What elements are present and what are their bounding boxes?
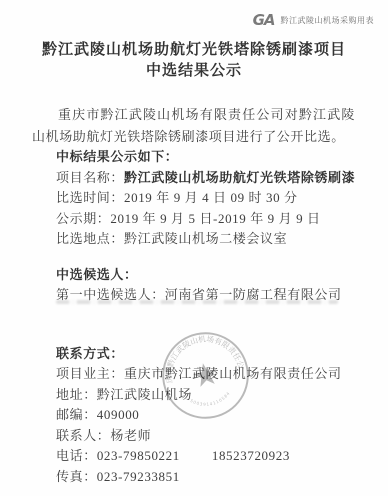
project-owner-line: 项目业主：重庆市黔江武陵山机场有限责任公司 <box>32 364 355 385</box>
fax-line: 传真：023-79233851 <box>32 467 355 488</box>
phone-number-2: 18523720923 <box>212 448 290 463</box>
project-name-value: 黔江武陵山机场助航灯光铁塔除锈刷漆 <box>124 170 355 185</box>
result-heading: 中标结果公示如下： <box>32 147 355 168</box>
notice-title-line2: 中选结果公示 <box>0 61 388 82</box>
candidates-heading: 中选候选人： <box>32 265 355 286</box>
project-name-label: 项目名称： <box>56 170 124 185</box>
form-header: GA 黔江武陵山机场采购用表 <box>253 13 374 28</box>
address-line: 地址：黔江武陵山机场 <box>32 385 355 406</box>
postcode-line: 邮编：409000 <box>32 405 355 426</box>
notice-body: 重庆市黔江武陵山机场有限责任公司对黔江武陵山机场助航灯光铁塔除锈刷漆项目进行了公… <box>0 104 388 487</box>
selection-location-line: 比选地点：黔江武陵山机场二楼会议室 <box>32 229 355 250</box>
ga-logo-icon: GA <box>253 13 275 28</box>
contact-person-line: 联系人：杨老师 <box>32 426 355 447</box>
phone-number-1: 023-79850221 <box>97 448 180 463</box>
notice-title-line1: 黔江武陵山机场助航灯光铁塔除锈刷漆项目 <box>0 40 388 61</box>
phone-label: 电话： <box>56 448 97 463</box>
project-name-line: 项目名称：黔江武陵山机场助航灯光铁塔除锈刷漆 <box>32 168 355 189</box>
scan-artifact <box>56 300 338 304</box>
document-page: GA 黔江武陵山机场采购用表 黔江武陵山机场助航灯光铁塔除锈刷漆项目 中选结果公… <box>0 0 388 496</box>
publicity-period-line: 公示期：2019 年 9 月 5 日-2019 年 9 月 9 日 <box>32 209 355 230</box>
form-header-label: 黔江武陵山机场采购用表 <box>281 15 375 26</box>
intro-paragraph: 重庆市黔江武陵山机场有限责任公司对黔江武陵山机场助航灯光铁塔除锈刷漆项目进行了公… <box>32 104 355 147</box>
contact-heading: 联系方式： <box>32 344 355 365</box>
selection-time-line: 比选时间：2019 年 9 月 4 日 09 时 30 分 <box>32 188 355 209</box>
phone-line: 电话：023-7985022118523720923 <box>32 446 355 467</box>
